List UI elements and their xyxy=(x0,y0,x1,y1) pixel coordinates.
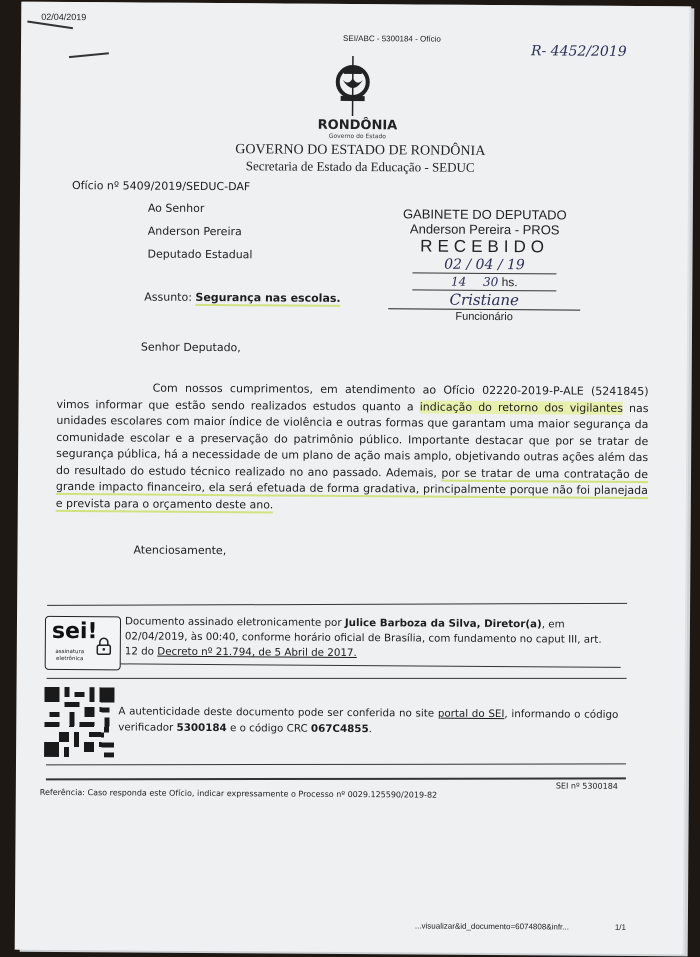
secretariat-name: Secretaria de Estado da Educação - SEDUC xyxy=(210,158,510,176)
highlighted-text: indicação do retorno dos vigilantes xyxy=(420,400,623,414)
stamp-hours-suffix: hs. xyxy=(502,275,518,289)
salutation: Senhor Deputado, xyxy=(141,340,241,357)
sei-logo-subtitle: assinatura eletrônica xyxy=(50,649,90,663)
crc-code: 067C4855 xyxy=(311,723,369,735)
divider xyxy=(46,763,626,765)
subject-label: Assunto: xyxy=(144,291,192,304)
state-name: RONDÔNIA xyxy=(312,118,402,134)
divider xyxy=(47,603,627,606)
letter-body: Com nossos cumprimentos, em atendimento … xyxy=(56,380,649,516)
state-coat-of-arms-icon xyxy=(331,56,375,116)
stamp-received: RECEBIDO xyxy=(395,236,575,257)
print-date: 02/04/2019 xyxy=(41,12,86,22)
stamp-date: 02 / 04 / 19 xyxy=(412,256,556,274)
sei-reference: SEI/ABC - 5300184 - Ofício xyxy=(343,34,441,44)
electronic-signature-text: Documento assinado eletronicamente por J… xyxy=(125,614,605,662)
authenticity-text: A autenticidade deste documento pode ser… xyxy=(118,703,618,738)
stamp-role: Funcionário xyxy=(394,309,574,324)
sei-portal-link[interactable]: portal do SEI xyxy=(438,708,505,720)
authenticity-label: A autenticidade deste documento pode ser… xyxy=(118,705,438,719)
authenticity-label: e o código CRC xyxy=(227,722,311,735)
print-url: ...visualizar&id_documento=6074808&infr.… xyxy=(415,921,569,931)
subject-line: Assunto: Segurança nas escolas. xyxy=(144,290,340,308)
lock-icon xyxy=(96,637,112,659)
divider xyxy=(121,663,621,667)
state-subtitle: Governo do Estado xyxy=(312,133,402,141)
divider xyxy=(46,777,626,780)
recipient-line: Ao Senhor xyxy=(148,201,205,218)
sei-signature-logo: sei! assinatura eletrônica xyxy=(45,616,121,671)
recipient-name: Anderson Pereira xyxy=(148,224,242,241)
authenticity-label: . xyxy=(369,723,372,735)
stamp-signature: Cristiane xyxy=(388,290,580,310)
signature-text: Documento assinado eletronicamente por xyxy=(125,615,345,629)
pen-mark xyxy=(69,52,109,58)
divider xyxy=(47,678,627,679)
stamp-minute: 30 xyxy=(483,275,498,289)
sei-number: SEI nº 5300184 xyxy=(556,781,618,791)
process-reference: Referência: Caso responda este Ofício, i… xyxy=(40,788,437,801)
recipient-title: Deputado Estadual xyxy=(147,247,252,264)
qr-code-icon xyxy=(44,687,114,757)
stamp-hour: 14 xyxy=(451,275,466,289)
stamp-office: GABINETE DO DEPUTADO xyxy=(395,206,575,222)
received-stamp: GABINETE DO DEPUTADO Anderson Pereira - … xyxy=(394,206,575,324)
decree-link[interactable]: Decreto nº 21.794, de 5 Abril de 2017. xyxy=(157,646,357,659)
handwritten-protocol: R- 4452/2019 xyxy=(531,43,627,60)
sei-logo-text: sei! xyxy=(52,619,98,644)
subject-text: Segurança nas escolas. xyxy=(195,291,340,307)
verifier-code: 5300184 xyxy=(177,722,227,734)
closing: Atenciosamente, xyxy=(133,542,226,559)
letter-number: Ofício nº 5409/2019/SEDUC-DAF xyxy=(72,178,250,196)
stamp-deputy: Anderson Pereira - PROS xyxy=(395,221,575,237)
document-page: 02/04/2019 SEI/ABC - 5300184 - Ofício R-… xyxy=(15,2,690,955)
signer-name: Julice Barboza da Silva, Diretor(a) xyxy=(345,617,542,630)
page-count: 1/1 xyxy=(615,923,626,932)
